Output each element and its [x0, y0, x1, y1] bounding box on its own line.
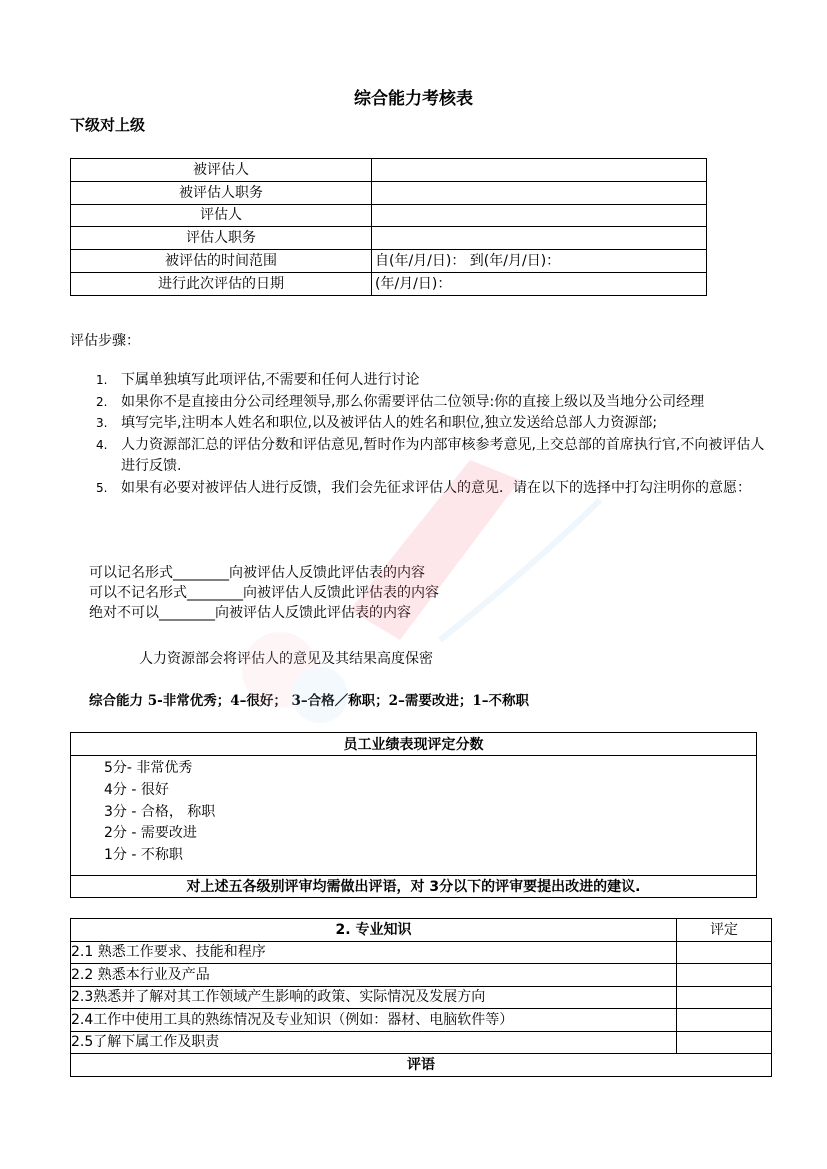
knowledge-item: 2.4工作中使用工具的熟练情况及专业知识（例如：器材、电脑软件等） [71, 1009, 677, 1032]
table-row: 2.3熟悉并了解对其工作领域产生影响的政策、实际情况及发展方向 [71, 986, 772, 1009]
step-text: 人力资源部汇总的评估分数和评估意见,暂时作为内部审核参考意见,上交总部的首席执行… [121, 435, 766, 478]
field-label: 被评估的时间范围 [71, 250, 372, 273]
knowledge-item: 2.1 熟悉工作要求、技能和程序 [71, 941, 677, 964]
rating-header: 评定 [677, 919, 772, 942]
table-row: 被评估的时间范围 自(年/月/日)： 到(年/月/日)： [71, 250, 707, 273]
evaluatee-field[interactable] [372, 159, 707, 182]
rating-cell[interactable] [677, 964, 772, 987]
table-row: 评估人职务 [71, 227, 707, 250]
field-label: 评估人 [71, 204, 372, 227]
score-table-footer: 对上述五各级别评审均需做出评语，对 3分以下的评审要提出改进的建议. [71, 875, 757, 897]
table-header-row: 2. 专业知识 评定 [71, 919, 772, 942]
table-row: 2.5了解下属工作及职责 [71, 1031, 772, 1054]
table-row: 被评估人 [71, 159, 707, 182]
knowledge-item: 2.2 熟悉本行业及产品 [71, 964, 677, 987]
steps-heading: 评估步骤： [70, 330, 140, 350]
field-label: 进行此次评估的日期 [71, 272, 372, 295]
rating-cell[interactable] [677, 1031, 772, 1054]
evaluation-info-table: 被评估人 被评估人职务 评估人 评估人职务 被评估的时间范围 自(年/月/日)：… [70, 158, 707, 296]
table-row: 2.2 熟悉本行业及产品 [71, 964, 772, 987]
performance-score-table: 员工业绩表现评定分数 5分- 非常优秀 4分 - 很好 3分 - 合格， 称职 … [70, 732, 757, 898]
comment-row: 评语 [71, 1054, 772, 1077]
knowledge-header: 2. 专业知识 [71, 919, 677, 942]
field-label: 被评估人职务 [71, 181, 372, 204]
table-row: 2.4工作中使用工具的熟练情况及专业知识（例如：器材、电脑软件等） [71, 1009, 772, 1032]
list-item: 3. 填写完毕,注明本人姓名和职位,以及被评估人的姓名和职位,独立发送给总部人力… [96, 413, 766, 435]
step-number: 3. [96, 413, 121, 435]
list-item: 4. 人力资源部汇总的评估分数和评估意见,暂时作为内部审核参考意见,上交总部的首… [96, 435, 766, 478]
feedback-option-anonymous[interactable]: 可以不记名形式________向被评估人反馈此评估表的内容 [89, 583, 439, 603]
step-number: 1. [96, 370, 121, 392]
confidentiality-note: 人力资源部会将评估人的意见及其结果高度保密 [139, 648, 433, 668]
step-text: 如果你不是直接由分公司经理领导,那么你需要评估二位领导:你的直接上级以及当地分公… [121, 392, 766, 414]
rating-cell[interactable] [677, 1009, 772, 1032]
evaluator-field[interactable] [372, 204, 707, 227]
professional-knowledge-table: 2. 专业知识 评定 2.1 熟悉工作要求、技能和程序 2.2 熟悉本行业及产品… [70, 918, 772, 1077]
feedback-option-named[interactable]: 可以记名形式________向被评估人反馈此评估表的内容 [89, 563, 439, 583]
score-level-3: 3分 - 合格， 称职 [104, 802, 756, 824]
rating-cell[interactable] [677, 986, 772, 1009]
document-subtitle: 下级对上级 [70, 114, 145, 135]
list-item: 2. 如果你不是直接由分公司经理领导,那么你需要评估二位领导:你的直接上级以及当… [96, 392, 766, 414]
table-row: 进行此次评估的日期 (年/月/日)： [71, 272, 707, 295]
score-level-2: 2分 - 需要改进 [104, 823, 756, 845]
table-row: 2.1 熟悉工作要求、技能和程序 [71, 941, 772, 964]
score-level-5: 5分- 非常优秀 [104, 758, 756, 780]
step-number: 5. [96, 478, 121, 500]
score-level-4: 4分 - 很好 [104, 780, 756, 802]
knowledge-item: 2.3熟悉并了解对其工作领域产生影响的政策、实际情况及发展方向 [71, 986, 677, 1009]
evaluation-period-field[interactable]: 自(年/月/日)： 到(年/月/日)： [372, 250, 707, 273]
step-number: 2. [96, 392, 121, 414]
list-item: 1. 下属单独填写此项评估,不需要和任何人进行讨论 [96, 370, 766, 392]
score-levels: 5分- 非常优秀 4分 - 很好 3分 - 合格， 称职 2分 - 需要改进 1… [71, 756, 757, 876]
field-label: 被评估人 [71, 159, 372, 182]
comment-label: 评语 [71, 1054, 772, 1077]
table-row: 评估人 [71, 204, 707, 227]
score-level-1: 1分 - 不称职 [104, 845, 756, 867]
evaluator-position-field[interactable] [372, 227, 707, 250]
step-number: 4. [96, 435, 121, 478]
rating-scale-legend: 综合能力 5-非常优秀；4–很好； 3–合格／称职；2–需要改进；1–不称职 [89, 689, 529, 709]
evaluatee-position-field[interactable] [372, 181, 707, 204]
evaluation-date-field[interactable]: (年/月/日)： [372, 272, 707, 295]
step-text: 填写完毕,注明本人姓名和职位,以及被评估人的姓名和职位,独立发送给总部人力资源部… [121, 413, 766, 435]
step-text: 下属单独填写此项评估,不需要和任何人进行讨论 [121, 370, 766, 392]
list-item: 5. 如果有必要对被评估人进行反馈，我们会先征求评估人的意见．请在以下的选择中打… [96, 478, 766, 500]
knowledge-item: 2.5了解下属工作及职责 [71, 1031, 677, 1054]
steps-list: 1. 下属单独填写此项评估,不需要和任何人进行讨论 2. 如果你不是直接由分公司… [96, 370, 766, 499]
step-text: 如果有必要对被评估人进行反馈，我们会先征求评估人的意见．请在以下的选择中打勾注明… [121, 478, 766, 500]
table-row: 被评估人职务 [71, 181, 707, 204]
score-table-header: 员工业绩表现评定分数 [71, 733, 757, 756]
feedback-options: 可以记名形式________向被评估人反馈此评估表的内容 可以不记名形式____… [89, 563, 439, 623]
field-label: 评估人职务 [71, 227, 372, 250]
feedback-option-never[interactable]: 绝对不可以________向被评估人反馈此评估表的内容 [89, 603, 439, 623]
document-title: 综合能力考核表 [0, 84, 827, 109]
rating-cell[interactable] [677, 941, 772, 964]
